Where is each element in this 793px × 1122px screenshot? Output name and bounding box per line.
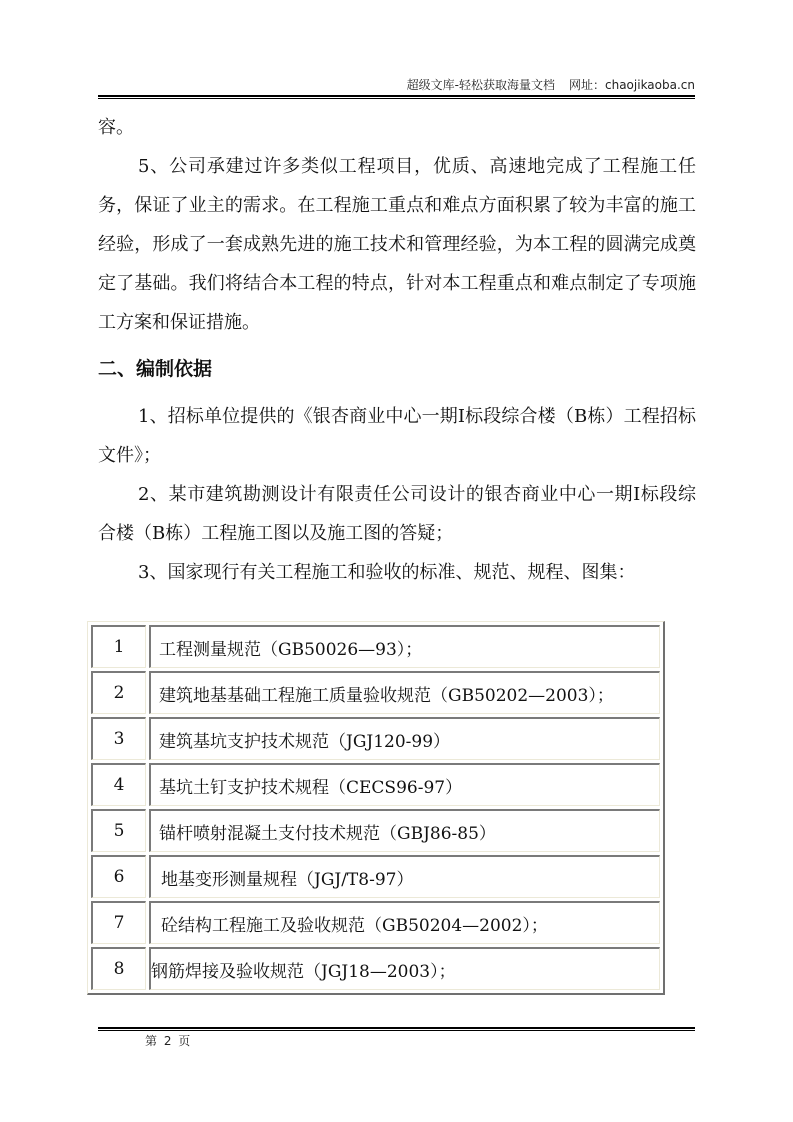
table-row: 8 钢筋焊接及验收规范（JGJ18—2003）；	[91, 947, 660, 990]
header-rule	[98, 95, 695, 99]
table-row: 1 工程测量规范（GB50026—93）；	[91, 625, 660, 668]
standard-name: 建筑地基基础工程施工质量验收规范（GB50202—2003）；	[149, 671, 660, 714]
standard-name: 锚杆喷射混凝土支付技术规范（GBJ86-85）	[149, 809, 660, 852]
row-number: 1	[91, 625, 146, 668]
table-row: 5 锚杆喷射混凝土支付技术规范（GBJ86-85）	[91, 809, 660, 852]
header-url: 网址：chaojikaoba.cn	[569, 78, 695, 92]
continuation-text: 容。	[98, 108, 696, 147]
basis-item-3: 3、国家现行有关工程施工和验收的标准、规范、规程、图集：	[98, 553, 696, 592]
standards-table: 1 工程测量规范（GB50026—93）； 2 建筑地基基础工程施工质量验收规范…	[87, 621, 665, 995]
row-number: 6	[91, 855, 146, 898]
section-heading: 二、编制依据	[98, 342, 696, 397]
footer-rule	[98, 1027, 695, 1031]
standard-name: 钢筋焊接及验收规范（JGJ18—2003）；	[149, 947, 660, 990]
row-number: 7	[91, 901, 146, 944]
document-body: 容。 5、公司承建过许多类似工程项目，优质、高速地完成了工程施工任务，保证了业主…	[98, 108, 696, 592]
header-site-name: 超级文库-轻松获取海量文档	[407, 78, 555, 92]
standard-name: 建筑基坑支护技术规范（JGJ120-99）	[149, 717, 660, 760]
table-row: 4 基坑土钉支护技术规程（CECS96-97）	[91, 763, 660, 806]
paragraph-5: 5、公司承建过许多类似工程项目，优质、高速地完成了工程施工任务，保证了业主的需求…	[98, 147, 696, 342]
row-number: 8	[91, 947, 146, 990]
table-row: 3 建筑基坑支护技术规范（JGJ120-99）	[91, 717, 660, 760]
table-row: 7 砼结构工程施工及验收规范（GB50204—2002）；	[91, 901, 660, 944]
page-header: 超级文库-轻松获取海量文档网址：chaojikaoba.cn	[98, 78, 695, 92]
basis-item-1: 1、招标单位提供的《银杏商业中心一期Ⅰ标段综合楼（B栋）工程招标文件》；	[98, 397, 696, 475]
table-row: 2 建筑地基基础工程施工质量验收规范（GB50202—2003）；	[91, 671, 660, 714]
standard-name: 基坑土钉支护技术规程（CECS96-97）	[149, 763, 660, 806]
row-number: 3	[91, 717, 146, 760]
standard-name: 地基变形测量规程（JGJ/T8-97）	[149, 855, 660, 898]
standard-name: 工程测量规范（GB50026—93）；	[149, 625, 660, 668]
standard-name: 砼结构工程施工及验收规范（GB50204—2002）；	[149, 901, 660, 944]
table-row: 6 地基变形测量规程（JGJ/T8-97）	[91, 855, 660, 898]
page-number: 第 2 页	[145, 1032, 190, 1049]
row-number: 4	[91, 763, 146, 806]
row-number: 5	[91, 809, 146, 852]
row-number: 2	[91, 671, 146, 714]
basis-item-2: 2、某市建筑勘测设计有限责任公司设计的银杏商业中心一期Ⅰ标段综合楼（B栋）工程施…	[98, 475, 696, 553]
